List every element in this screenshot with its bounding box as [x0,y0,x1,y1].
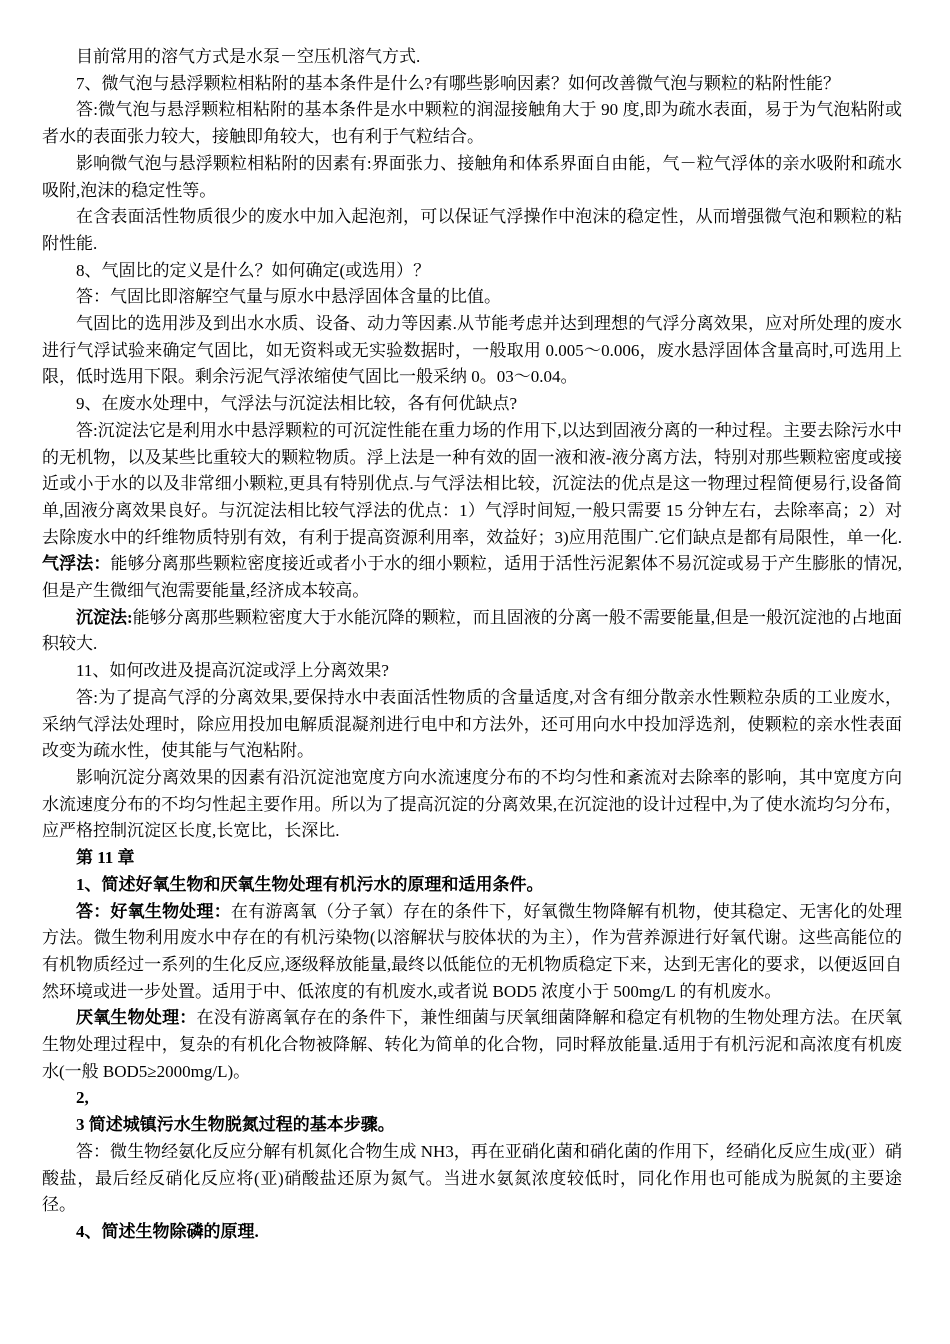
text-run: 答：气固比即溶解空气量与原水中悬浮固体含量的比值。 [76,287,501,306]
bold-text-run: 答：好氧生物处理： [76,902,231,921]
answer-7-foaming-agent: 在含表面活性物质很少的废水中加入起泡剂，可以保证气浮操作中泡沫的稳定性，从而增强… [42,204,902,257]
answer-ch11-1-aerobic: 答：好氧生物处理：在有游离氧（分子氧）存在的条件下，好氧微生物降解有机物，使其稳… [42,899,902,1006]
question-ch11-1: 1、简述好氧生物和厌氧生物处理有机污水的原理和适用条件。 [42,872,902,899]
document-body: 目前常用的溶气方式是水泵－空压机溶气方式.7、微气泡与悬浮颗粒相粘附的基本条件是… [42,44,902,1246]
answer-ch11-1-anaerobic: 厌氧生物处理：在没有游离氧存在的条件下，兼性细菌与厌氧细菌降解和稳定有机物的生物… [42,1005,902,1085]
bold-text-run: 沉淀法: [76,608,133,627]
answer-7: 答:微气泡与悬浮颗粒相粘附的基本条件是水中颗粒的润湿接触角大于 90 度,即为疏… [42,97,902,150]
text-run: 答:为了提高气浮的分离效果,要保持水中表面活性物质的含量适度,对含有细分散亲水性… [42,688,902,760]
question-8: 8、气固比的定义是什么？如何确定(或选用）？ [42,258,902,285]
bold-text-run: 第 11 章 [76,848,135,867]
statement-dissolved-air: 目前常用的溶气方式是水泵－空压机溶气方式. [42,44,902,71]
document-page: 目前常用的溶气方式是水泵－空压机溶气方式.7、微气泡与悬浮颗粒相粘附的基本条件是… [0,0,950,1344]
answer-11-sedimentation-factors: 影响沉淀分离效果的因素有沿沉淀池宽度方向水流速度分布的不均匀性和紊流对去除率的影… [42,765,902,845]
bold-text-run: 气浮法： [42,554,110,573]
bold-text-run: 厌氧生物处理： [76,1008,197,1027]
item-2: 2, [42,1085,902,1112]
text-run: 能够分离那些颗粒密度大于水能沉降的颗粒，而且固液的分离一般不需要能量,但是一般沉… [42,608,902,654]
bold-text-run: 2, [76,1088,89,1107]
text-run: 在含表面活性物质很少的废水中加入起泡剂，可以保证气浮操作中泡沫的稳定性，从而增强… [42,207,902,253]
answer-7-factors: 影响微气泡与悬浮颗粒相粘附的因素有:界面张力、接触角和体系界面自由能，气－粒气浮… [42,151,902,204]
chapter-11-heading: 第 11 章 [42,845,902,872]
question-11: 11、如何改进及提高沉淀或浮上分离效果? [42,658,902,685]
question-9: 9、在废水处理中，气浮法与沉淀法相比较，各有何优缺点? [42,391,902,418]
text-run: 11、如何改进及提高沉淀或浮上分离效果? [76,661,389,680]
text-run: 7、微气泡与悬浮颗粒相粘附的基本条件是什么?有哪些影响因素？如何改善微气泡与颗粒… [76,74,840,93]
text-run: 目前常用的溶气方式是水泵－空压机溶气方式. [76,47,420,66]
answer-ch11-3: 答：微生物经氨化反应分解有机氮化合物生成 NH3，再在亚硝化菌和硝化菌的作用下，… [42,1139,902,1219]
text-run: 影响微气泡与悬浮颗粒相粘附的因素有:界面张力、接触角和体系界面自由能，气－粒气浮… [42,154,902,200]
text-run: 能够分离那些颗粒密度接近或者小于水的细小颗粒，适用于活性污泥絮体不易沉淀或易于产… [42,554,902,600]
text-run: 9、在废水处理中，气浮法与沉淀法相比较，各有何优缺点? [76,394,517,413]
text-run: 答:微气泡与悬浮颗粒相粘附的基本条件是水中颗粒的润湿接触角大于 90 度,即为疏… [42,100,902,146]
bold-text-run: 4、简述生物除磷的原理. [76,1222,259,1241]
answer-9-sedimentation: 沉淀法:能够分离那些颗粒密度大于水能沉降的颗粒，而且固液的分离一般不需要能量,但… [42,605,902,658]
question-ch11-3: 3 简述城镇污水生物脱氮过程的基本步骤。 [42,1112,902,1139]
text-run: 答:沉淀法它是利用水中悬浮颗粒的可沉淀性能在重力场的作用下,以达到固液分离的一种… [42,421,902,547]
text-run: 答：微生物经氨化反应分解有机氮化合物生成 NH3，再在亚硝化菌和硝化菌的作用下，… [42,1142,902,1214]
answer-8-selection: 气固比的选用涉及到出水水质、设备、动力等因素.从节能考虑并达到理想的气浮分离效果… [42,311,902,391]
bold-text-run: 1、简述好氧生物和厌氧生物处理有机污水的原理和适用条件。 [76,875,544,894]
question-ch11-4: 4、简述生物除磷的原理. [42,1219,902,1246]
text-run: 8、气固比的定义是什么？如何确定(或选用）？ [76,261,430,280]
answer-11: 答:为了提高气浮的分离效果,要保持水中表面活性物质的含量适度,对含有细分散亲水性… [42,685,902,765]
question-7: 7、微气泡与悬浮颗粒相粘附的基本条件是什么?有哪些影响因素？如何改善微气泡与颗粒… [42,71,902,98]
answer-9: 答:沉淀法它是利用水中悬浮颗粒的可沉淀性能在重力场的作用下,以达到固液分离的一种… [42,418,902,605]
text-run: 气固比的选用涉及到出水水质、设备、动力等因素.从节能考虑并达到理想的气浮分离效果… [42,314,902,386]
answer-8: 答：气固比即溶解空气量与原水中悬浮固体含量的比值。 [42,284,902,311]
bold-text-run: 3 简述城镇污水生物脱氮过程的基本步骤。 [76,1115,395,1134]
text-run: 影响沉淀分离效果的因素有沿沉淀池宽度方向水流速度分布的不均匀性和紊流对去除率的影… [42,768,902,840]
